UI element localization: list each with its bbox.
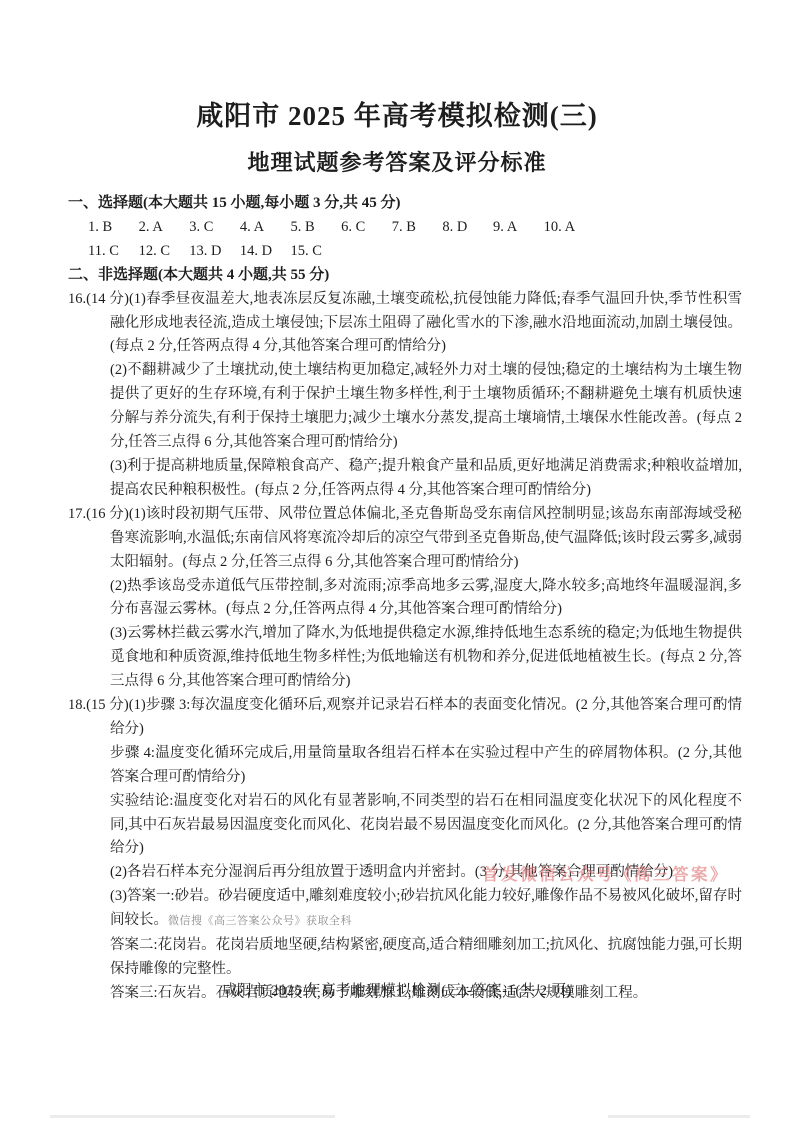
- promo-text: 微信搜《高三答案公众号》获取全科: [168, 915, 352, 927]
- scan-artifact-line-right: [608, 1115, 750, 1118]
- choice-answer: 6. C: [341, 216, 388, 240]
- answer-q17-part3: (3)云雾林拦截云雾水汽,增加了降水,为低地提供稳定水源,维持低地生态系统的稳定…: [68, 622, 742, 694]
- choice-answer: 10. A: [544, 216, 591, 240]
- choice-answer: 1. B: [88, 216, 135, 240]
- choice-answers-row-2: 11. C 12. C 13. D 14. D 15. C: [68, 240, 742, 264]
- choice-answer: 2. A: [139, 216, 186, 240]
- answer-q17-part2: (2)热季该岛受赤道低气压带控制,多对流雨;凉季高地多云雾,湿度大,降水较多;高…: [68, 575, 742, 623]
- answer-q18-part3-option2: 答案二:花岗岩。花岗岩质地坚硬,结构紧密,硬度高,适合精细雕刻加工;抗风化、抗腐…: [68, 934, 742, 982]
- choice-answer: 3. C: [189, 216, 236, 240]
- answer-q16-part2: (2)不翻耕减少了土壤扰动,使土壤结构更加稳定,减轻外力对土壤的侵蚀;稳定的土壤…: [68, 359, 742, 455]
- answer-q18-part1-conclusion: 实验结论:温度变化对岩石的风化有显著影响,不同类型的岩石在相同温度变化状况下的风…: [68, 790, 742, 862]
- choice-answer: 15. C: [291, 240, 338, 264]
- choice-answer: 12. C: [139, 240, 186, 264]
- section-heading-choice: 一、选择题(本大题共 15 小题,每小题 3 分,共 45 分): [68, 192, 742, 216]
- document-body: 一、选择题(本大题共 15 小题,每小题 3 分,共 45 分) 1. B 2.…: [68, 192, 742, 1006]
- page-footer: 咸阳市 2025 年高考地理模拟检测(三)-答案-1(共 2 页): [0, 979, 794, 1000]
- page-title: 咸阳市 2025 年高考模拟检测(三): [0, 0, 794, 132]
- answer-q16-part1: 16.(14 分)(1)春季昼夜温差大,地表冻层反复冻融,土壤变疏松,抗侵蚀能力…: [68, 288, 742, 360]
- choice-answer: 11. C: [88, 240, 135, 264]
- answer-sheet-page: 咸阳市 2025 年高考模拟检测(三) 地理试题参考答案及评分标准 一、选择题(…: [0, 0, 794, 1123]
- scan-artifact-line-left: [50, 1115, 335, 1118]
- choice-answer: 13. D: [189, 240, 236, 264]
- choice-answer: 5. B: [291, 216, 338, 240]
- choice-answer: 7. B: [392, 216, 439, 240]
- choice-answers-row-1: 1. B 2. A 3. C 4. A 5. B 6. C 7. B 8. D …: [68, 216, 742, 240]
- answer-q16-part3: (3)利于提高耕地质量,保障粮食高产、稳产;提升粮食产量和品质,更好地满足消费需…: [68, 455, 742, 503]
- choice-answer: 8. D: [442, 216, 489, 240]
- answer-q17-part1: 17.(16 分)(1)该时段初期气压带、风带位置总体偏北,圣克鲁斯岛受东南信风…: [68, 503, 742, 575]
- answer-q18-part3-option1: (3)答案一:砂岩。砂岩硬度适中,雕刻难度较小;砂岩抗风化能力较好,雕像作品不易…: [68, 885, 742, 934]
- answer-q18-part2: (2)各岩石样本充分湿润后再分组放置于透明盒内并密封。(3 分,其他答案合理可酌…: [68, 861, 742, 885]
- section-heading-free-response: 二、非选择题(本大题共 4 小题,共 55 分): [68, 264, 742, 288]
- choice-answer: 14. D: [240, 240, 287, 264]
- page-subtitle: 地理试题参考答案及评分标准: [0, 149, 794, 177]
- answer-q18-part1-step4: 步骤 4:温度变化循环完成后,用量筒量取各组岩石样本在实验过程中产生的碎屑物体积…: [68, 742, 742, 790]
- answer-q18-part1-step3: 18.(15 分)(1)步骤 3:每次温度变化循环后,观察并记录岩石样本的表面变…: [68, 694, 742, 742]
- choice-answer: 9. A: [493, 216, 540, 240]
- choice-answer: 4. A: [240, 216, 287, 240]
